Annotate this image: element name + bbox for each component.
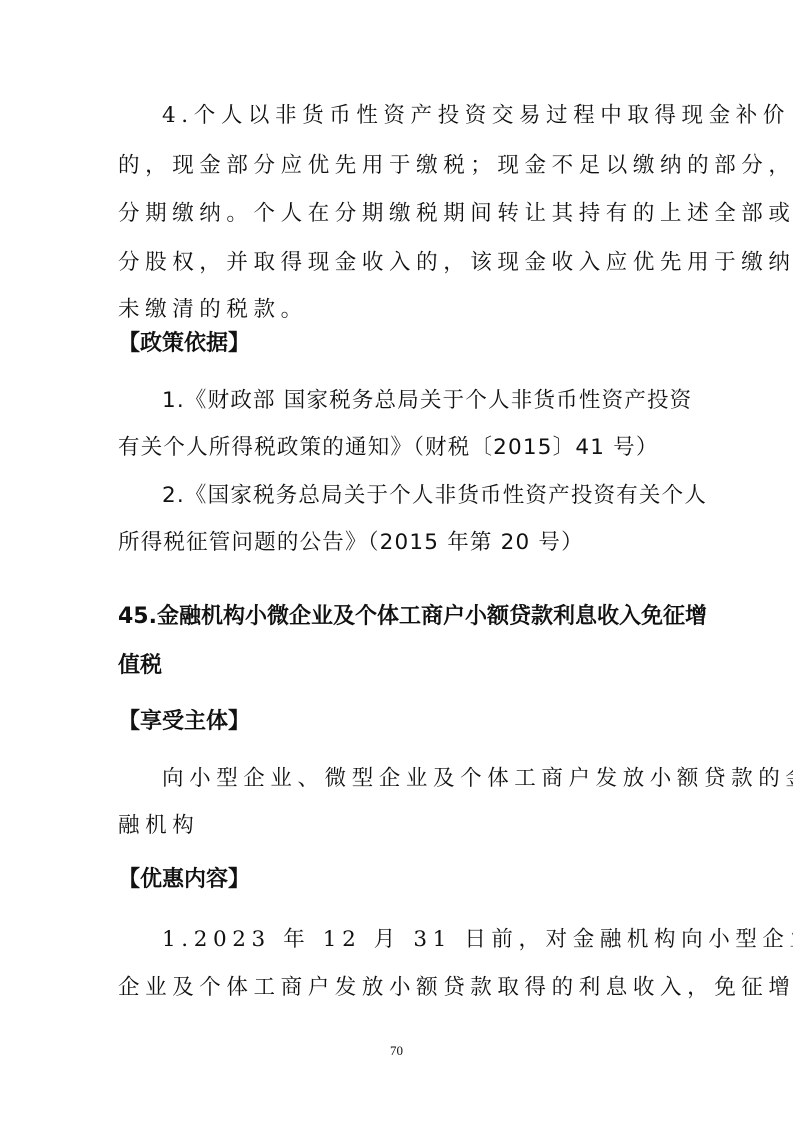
text-line: 未缴清的税款。: [118, 299, 308, 321]
text-line: 2.《国家税务总局关于个人非货币性资产投资有关个人: [162, 485, 707, 507]
text-line: 的，现金部分应优先用于缴税；现金不足以缴纳的部分，可: [118, 155, 793, 177]
section-title-line: 45.金融机构小微企业及个体工商户小额贷款利息收入免征增: [118, 606, 707, 628]
text-line: 企业及个体工商户发放小额贷款取得的利息收入，免征增值: [118, 977, 793, 999]
page-number: 70: [0, 1043, 793, 1059]
section-title-line: 值税: [118, 655, 162, 677]
section-heading: 【政策依据】: [118, 333, 250, 355]
text-line: 1.2023 年 12 月 31 日前，对金融机构向小型企业、微型: [162, 929, 793, 951]
text-line: 融机构: [118, 815, 199, 837]
text-line: 向小型企业、微型企业及个体工商户发放小额贷款的金: [162, 768, 793, 790]
text-line: 1.《财政部 国家税务总局关于个人非货币性资产投资: [162, 390, 692, 412]
text-line: 4.个人以非货币性资产投资交易过程中取得现金补价: [162, 105, 790, 127]
text-line: 分期缴纳。个人在分期缴税期间转让其持有的上述全部或部: [118, 203, 793, 225]
text-line: 有关个人所得税政策的通知》（财税〔2015〕41 号）: [118, 437, 659, 459]
section-heading: 【优惠内容】: [118, 869, 250, 891]
text-line: 所得税征管问题的公告》（2015 年第 20 号）: [118, 532, 584, 554]
text-line: 分股权，并取得现金收入的，该现金收入应优先用于缴纳尚: [118, 252, 793, 274]
section-heading: 【享受主体】: [118, 711, 250, 733]
